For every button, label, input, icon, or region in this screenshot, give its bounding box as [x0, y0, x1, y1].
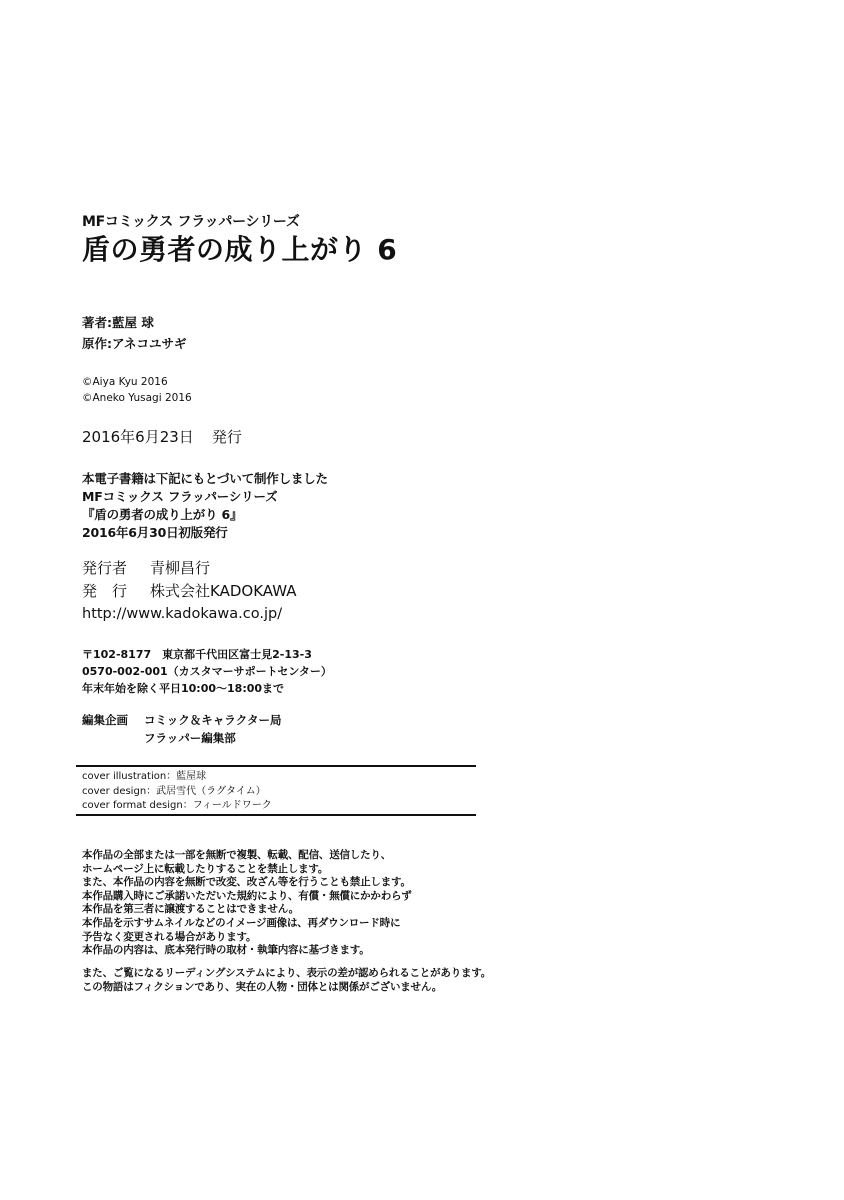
editorial-block: 編集企画 コミック＆キャラクター局 フラッパー編集部: [82, 711, 282, 747]
publisher-url: http://www.kadokawa.co.jp/: [82, 603, 296, 626]
credit-value: 藍屋 球: [112, 315, 154, 330]
notice-line: 予告なく変更される場合があります。: [82, 931, 412, 945]
divider-top: [76, 765, 476, 767]
cover-credit-line: cover design：武居雪代（ラグタイム）: [82, 785, 272, 800]
notice-line: 本作品を第三者に譲渡することはできません。: [82, 903, 412, 917]
support-phone: 0570-002-001（カスタマーサポートセンター）: [82, 663, 332, 680]
notice-line: 本作品の全部または一部を無断で複製、転載、配信、送信したり、: [82, 849, 412, 863]
editorial-dept: フラッパー編集部: [144, 729, 236, 747]
copyright-line: ©Aiya Kyu 2016: [82, 374, 192, 390]
notice-line: この物語はフィクションであり、実在の人物・団体とは関係がございません。: [82, 981, 491, 995]
credit-value: アネコユサギ: [112, 336, 187, 351]
book-title: 盾の勇者の成り上がり 6: [82, 232, 397, 268]
source-note-line: MFコミックス フラッパーシリーズ: [82, 488, 328, 506]
publication-date: 2016年6月23日: [82, 428, 194, 446]
publisher-block: 発行者 青柳昌行 発 行 株式会社KADOKAWA http://www.kad…: [82, 557, 296, 626]
publication-date-line: 2016年6月23日発行: [82, 427, 242, 447]
notice-line: また、ご覧になるリーディングシステムにより、表示の差が認められることがあります。: [82, 967, 491, 981]
notice-line: 本作品を示すサムネイルなどのイメージ画像は、再ダウンロード時に: [82, 917, 412, 931]
cover-credit-line: cover illustration：藍屋球: [82, 770, 272, 785]
notice-line: 本作品の内容は、底本発行時の取材・執筆内容に基づきます。: [82, 944, 412, 958]
editorial-label: 編集企画: [82, 711, 144, 729]
credit-author: 著者:藍屋 球: [82, 312, 187, 333]
issuer-row: 発行者 青柳昌行: [82, 557, 296, 580]
series-label: MFコミックス フラッパーシリーズ: [82, 211, 300, 231]
notice-line: また、本作品の内容を無断で改変、改ざん等を行うことも禁止します。: [82, 876, 412, 890]
colophon-page: MFコミックス フラッパーシリーズ 盾の勇者の成り上がり 6 著者:藍屋 球 原…: [0, 0, 844, 1200]
publisher-label: 発 行: [82, 580, 150, 603]
credits-block: 著者:藍屋 球 原作:アネコユサギ: [82, 312, 187, 354]
issuer-label: 発行者: [82, 557, 150, 580]
publication-label: 発行: [212, 428, 242, 446]
source-note-line: 本電子書籍は下記にもとづいて制作しました: [82, 470, 328, 488]
postal-address: 〒102-8177 東京都千代田区富士見2-13-3: [82, 646, 332, 663]
editorial-dept: コミック＆キャラクター局: [144, 711, 282, 729]
publisher-row: 発 行 株式会社KADOKAWA: [82, 580, 296, 603]
issuer-name: 青柳昌行: [150, 557, 210, 580]
divider-bottom: [76, 814, 476, 816]
credit-original-work: 原作:アネコユサギ: [82, 333, 187, 354]
copyright-block: ©Aiya Kyu 2016 ©Aneko Yusagi 2016: [82, 374, 192, 406]
credit-label: 著者: [82, 315, 107, 330]
support-hours: 年末年始を除く平日10:00～18:00まで: [82, 680, 332, 697]
source-note-line: 2016年6月30日初版発行: [82, 524, 328, 542]
publisher-name: 株式会社KADOKAWA: [150, 580, 296, 603]
source-note: 本電子書籍は下記にもとづいて制作しました MFコミックス フラッパーシリーズ 『…: [82, 470, 328, 542]
reader-notices: また、ご覧になるリーディングシステムにより、表示の差が認められることがあります。…: [82, 967, 491, 994]
cover-credit-line: cover format design：フィールドワーク: [82, 799, 272, 814]
notice-line: 本作品購入時にご承諾いただいた規約により、有償・無償にかかわらず: [82, 890, 412, 904]
notice-line: ホームページ上に転載したりすることを禁止します。: [82, 863, 412, 877]
copyright-line: ©Aneko Yusagi 2016: [82, 390, 192, 406]
legal-notices: 本作品の全部または一部を無断で複製、転載、配信、送信したり、 ホームページ上に転…: [82, 849, 412, 958]
cover-credits-block: cover illustration：藍屋球 cover design：武居雪代…: [82, 770, 272, 814]
address-block: 〒102-8177 東京都千代田区富士見2-13-3 0570-002-001（…: [82, 646, 332, 697]
source-note-line: 『盾の勇者の成り上がり 6』: [82, 506, 328, 524]
credit-label: 原作: [82, 336, 107, 351]
